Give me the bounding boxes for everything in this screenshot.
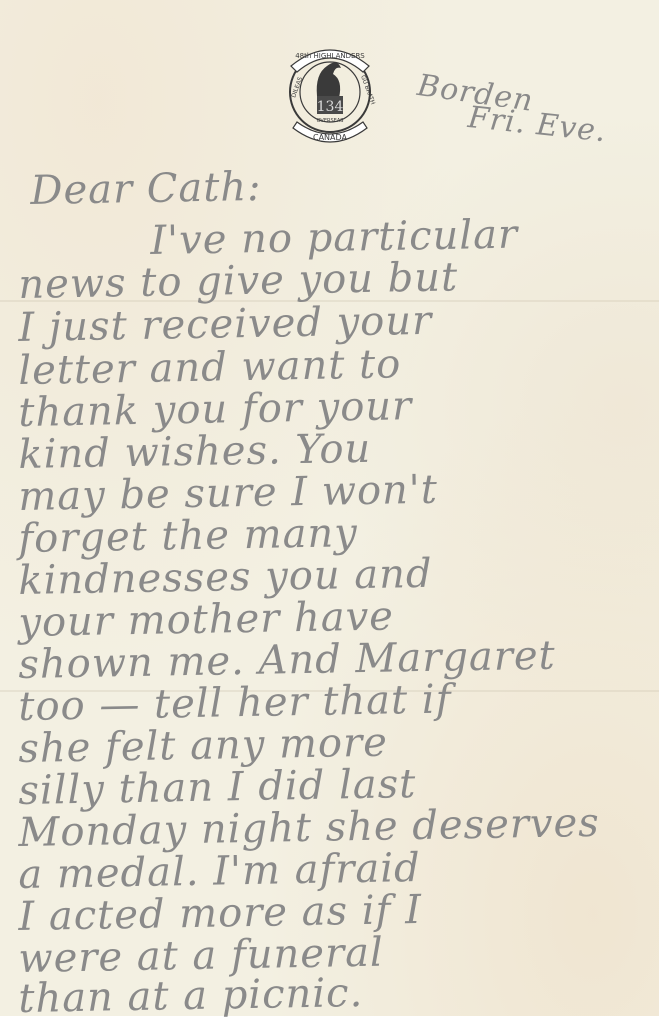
svg-text:GU BRATH: GU BRATH <box>359 74 376 105</box>
svg-text:48th HIGHLANDERS: 48th HIGHLANDERS <box>295 52 365 60</box>
svg-text:CANADA: CANADA <box>313 133 348 142</box>
salutation: Dear Cath: <box>30 164 262 214</box>
letter-page: 134 48th HIGHLANDERS CANADA OVERSEAS DIL… <box>0 0 659 1016</box>
letter-date: Fri. Eve. <box>466 100 608 149</box>
svg-text:OVERSEAS: OVERSEAS <box>317 118 344 124</box>
body-line: than at a picnic. <box>18 970 364 1022</box>
48th-highlanders-crest-icon: 134 48th HIGHLANDERS CANADA OVERSEAS DIL… <box>279 36 381 152</box>
svg-text:134: 134 <box>317 99 344 115</box>
